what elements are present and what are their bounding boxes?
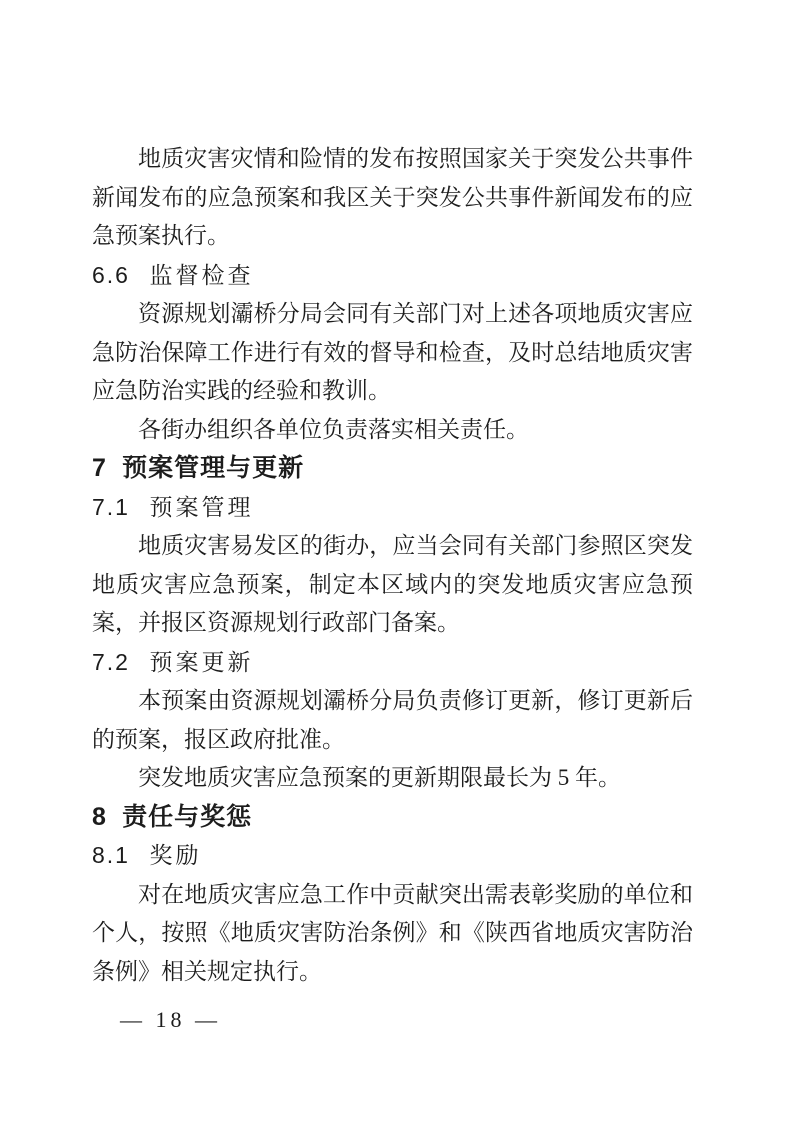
section-heading: 7预案管理与更新 bbox=[92, 449, 693, 488]
paragraph: 资源规划灞桥分局会同有关部门对上述各项地质灾害应急防治保障工作进行有效的督导和检… bbox=[92, 295, 693, 411]
paragraph: 地质灾害灾情和险情的发布按照国家关于突发公共事件新闻发布的应急预案和我区关于突发… bbox=[92, 140, 693, 256]
subsection-heading: 7.2预案更新 bbox=[92, 643, 693, 683]
heading-number: 7.1 bbox=[92, 494, 130, 520]
document-body: 地质灾害灾情和险情的发布按照国家关于突发公共事件新闻发布的应急预案和我区关于突发… bbox=[92, 140, 693, 991]
paragraph: 各街办组织各单位负责落实相关责任。 bbox=[92, 411, 693, 450]
heading-number: 8.1 bbox=[92, 842, 130, 868]
heading-title: 奖励 bbox=[150, 843, 202, 868]
heading-number: 7.2 bbox=[92, 649, 130, 675]
section-heading: 8责任与奖惩 bbox=[92, 798, 693, 837]
subsection-heading: 8.1奖励 bbox=[92, 836, 693, 876]
heading-title: 预案更新 bbox=[150, 650, 254, 675]
page-number: — 18 — bbox=[120, 1005, 221, 1035]
heading-title: 监督检查 bbox=[150, 263, 254, 288]
heading-title: 预案管理与更新 bbox=[122, 454, 304, 482]
subsection-heading: 6.6监督检查 bbox=[92, 256, 693, 296]
document-page: 地质灾害灾情和险情的发布按照国家关于突发公共事件新闻发布的应急预案和我区关于突发… bbox=[0, 0, 793, 1122]
heading-number: 6.6 bbox=[92, 262, 130, 288]
heading-title: 预案管理 bbox=[150, 495, 254, 520]
paragraph: 地质灾害易发区的街办，应当会同有关部门参照区突发地质灾害应急预案，制定本区域内的… bbox=[92, 527, 693, 643]
subsection-heading: 7.1预案管理 bbox=[92, 488, 693, 528]
paragraph: 对在地质灾害应急工作中贡献突出需表彰奖励的单位和个人，按照《地质灾害防治条例》和… bbox=[92, 876, 693, 992]
heading-number: 7 bbox=[92, 454, 106, 482]
heading-title: 责任与奖惩 bbox=[122, 803, 252, 831]
heading-number: 8 bbox=[92, 803, 106, 831]
paragraph: 本预案由资源规划灞桥分局负责修订更新，修订更新后的预案，报区政府批准。 bbox=[92, 682, 693, 759]
paragraph: 突发地质灾害应急预案的更新期限最长为 5 年。 bbox=[92, 759, 693, 798]
